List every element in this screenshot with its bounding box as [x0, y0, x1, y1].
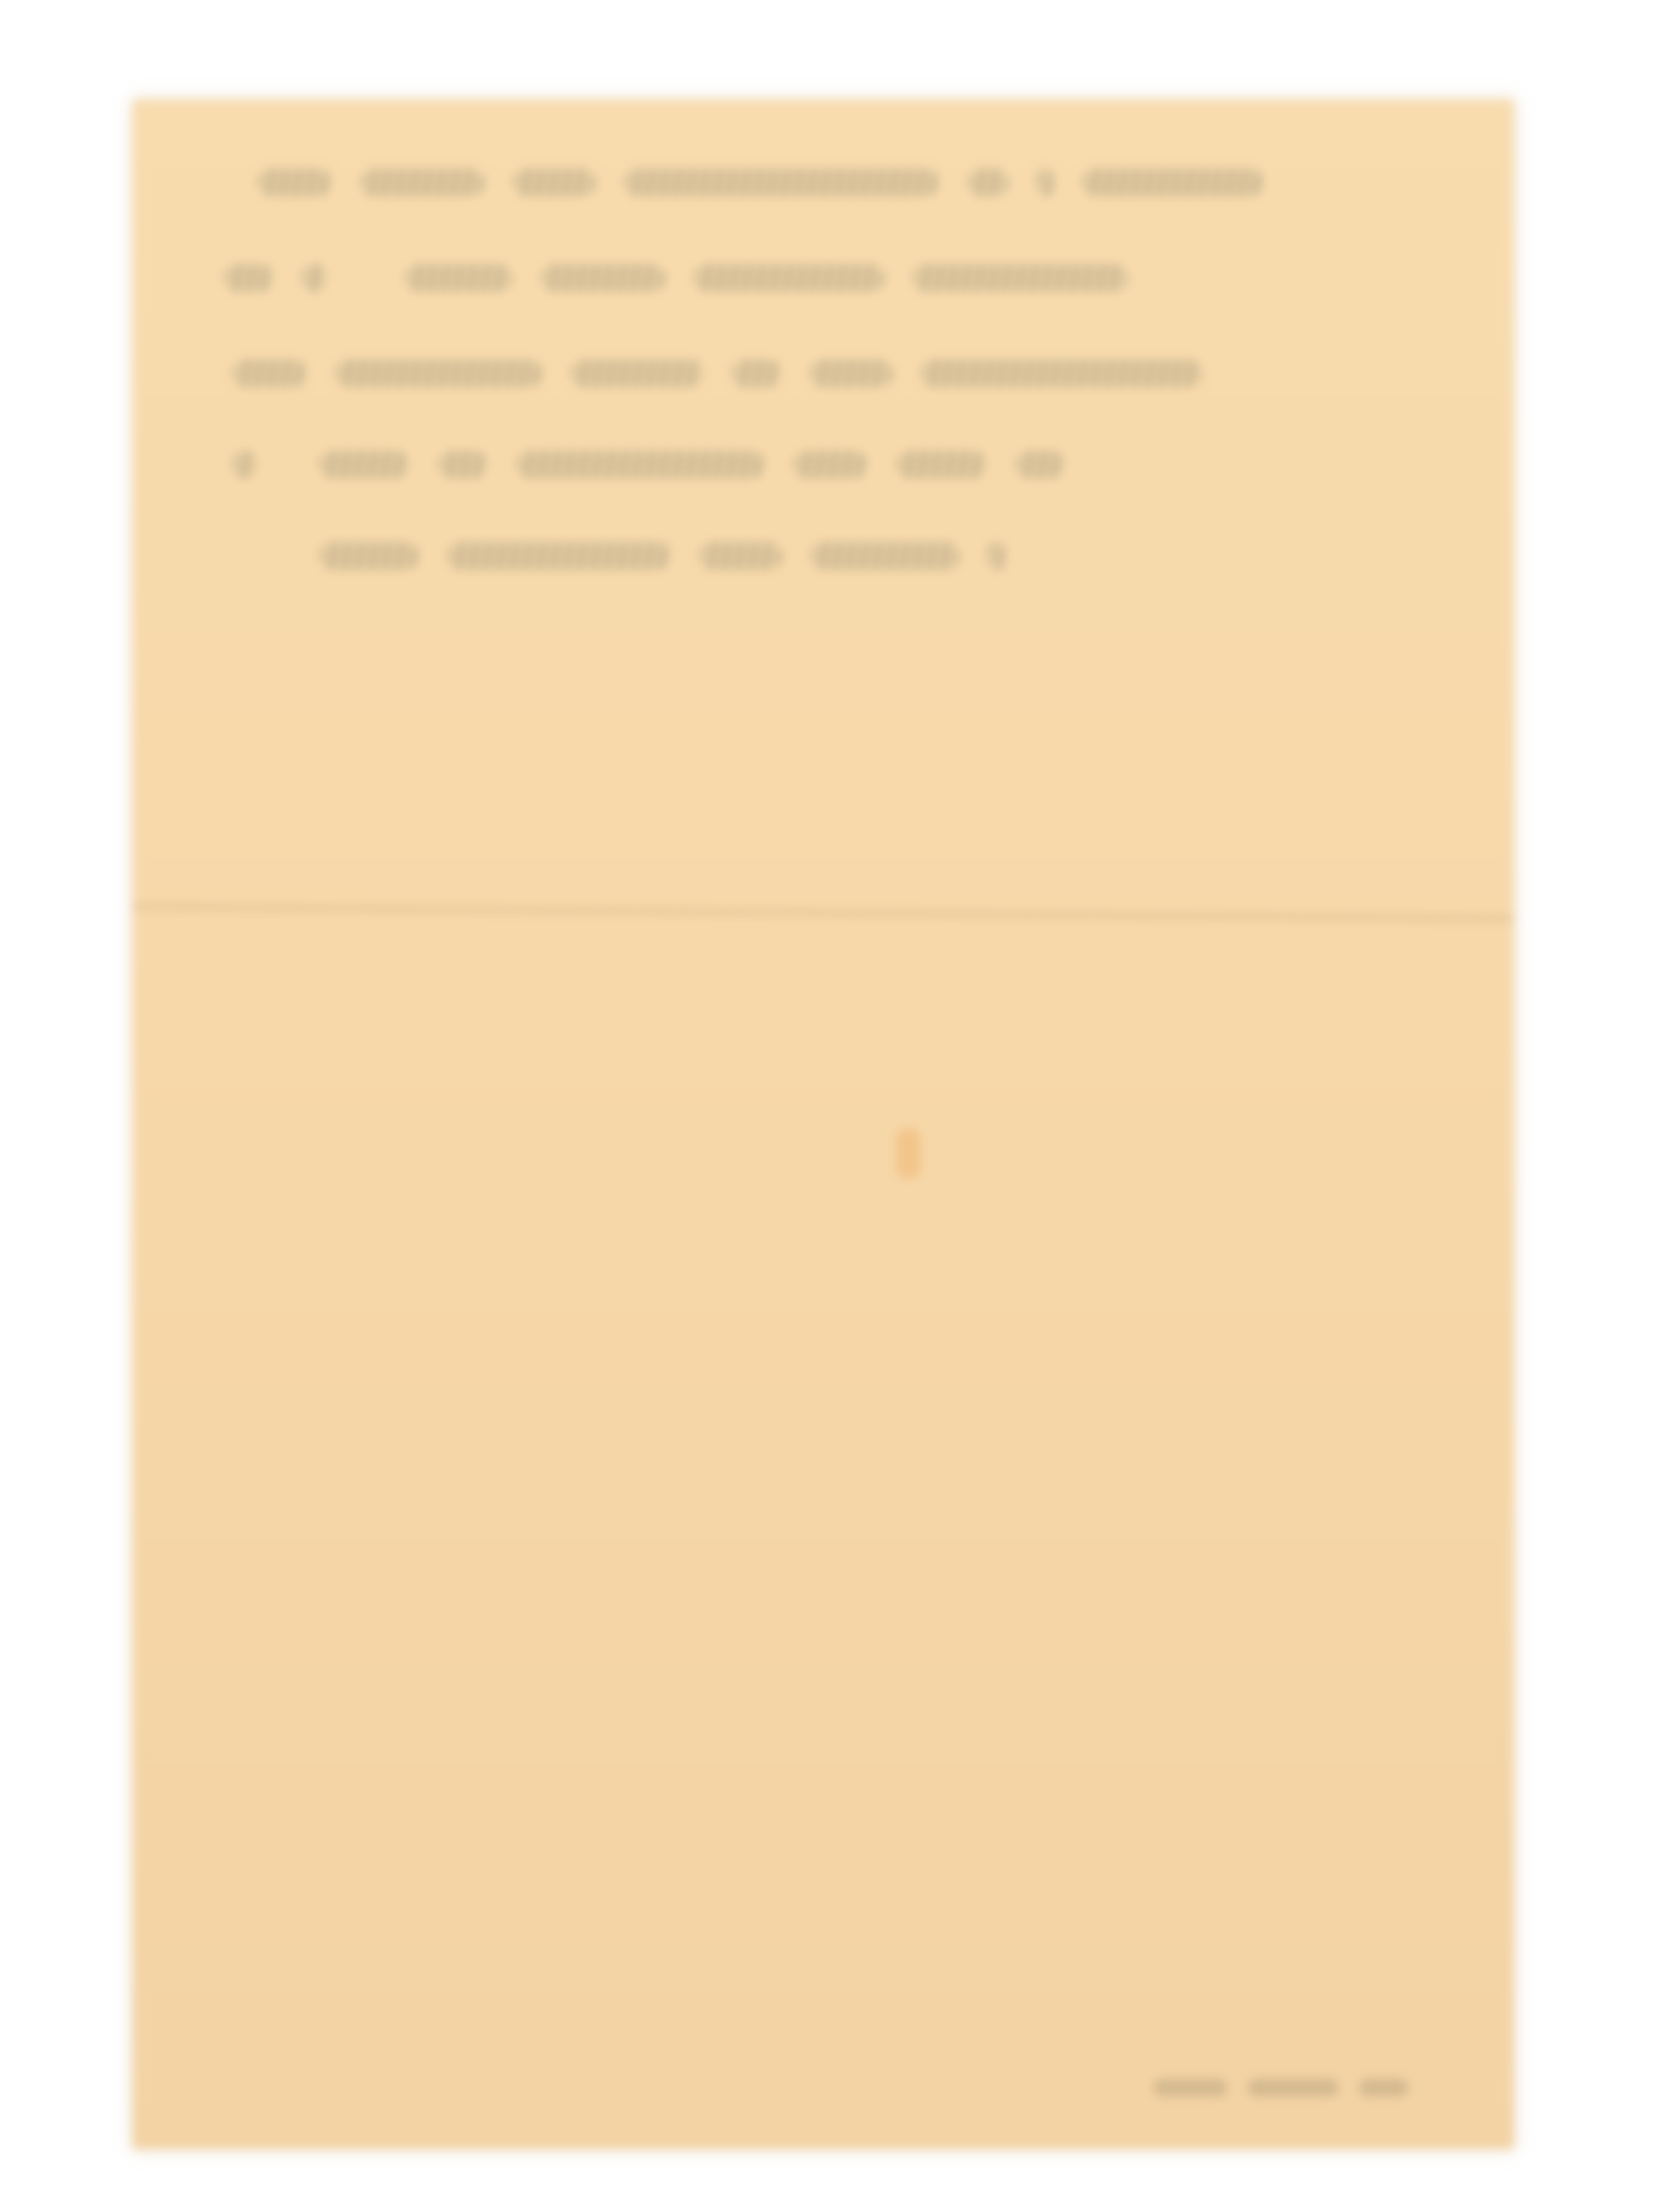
paper-sheet: [illegible handwriting] [illegible handw… — [133, 100, 1514, 2149]
handwritten-line-4: [illegible handwriting] — [232, 440, 1065, 490]
footer-annotation: [illegible annotation] — [1153, 2078, 1408, 2097]
handwritten-line-3: [illegible handwriting] — [232, 348, 1203, 398]
handwritten-line-1: [illegible handwriting] — [257, 158, 1264, 207]
paper-stain — [896, 1128, 921, 1178]
handwritten-line-5: [illegible handwriting] — [319, 531, 1005, 581]
handwritten-line-2: [illegible handwriting] — [224, 253, 1128, 303]
fold-crease — [133, 903, 1514, 923]
